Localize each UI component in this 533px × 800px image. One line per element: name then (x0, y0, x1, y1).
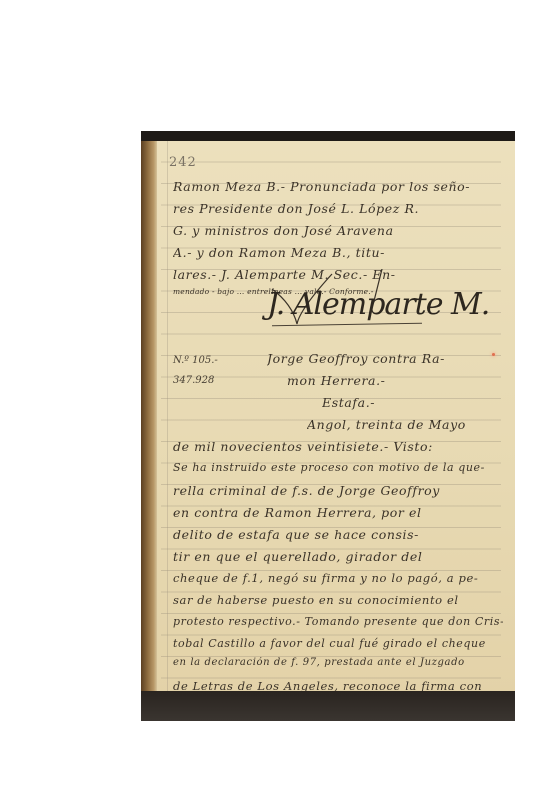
body-line: Angol, treinta de Mayo (307, 417, 503, 432)
top-entry-line: Ramon Meza B.- Pronunciada por los seño- (173, 179, 503, 194)
body-line: Se ha instruido este proceso con motivo … (173, 461, 503, 474)
ledger-photograph: 242 Ramon Meza B.- Pronunciada por los s… (141, 131, 515, 721)
book-bottom-edge (141, 691, 515, 721)
body-line: cheque de f.1, negó su firma y no lo pag… (173, 571, 503, 585)
page-number: 242 (169, 155, 197, 170)
body-line: tir en que el querellado, girador del (173, 549, 503, 564)
case-title-line: Estafa.- (322, 395, 503, 410)
body-line: en contra de Ramon Herrera, por el (173, 505, 503, 520)
top-entry-line: res Presidente don José L. López R. (173, 201, 503, 216)
top-entry-line: A.- y don Ramon Meza B., titu- (173, 245, 503, 260)
top-entry-line: G. y ministros don José Aravena (173, 223, 503, 238)
book-spine-edge (141, 141, 157, 701)
ledger-page: 242 Ramon Meza B.- Pronunciada por los s… (141, 141, 515, 701)
case-reference: 347.928 (173, 375, 214, 386)
case-title-line: Jorge Geoffroy contra Ra- (267, 351, 503, 366)
body-line: protesto respectivo.- Tomando presente q… (173, 615, 503, 628)
body-line: rella criminal de f.s. de Jorge Geoffroy (173, 483, 503, 498)
signature: J. Alemparte M. (267, 287, 489, 322)
light-reflection (492, 353, 495, 356)
body-line: sar de haberse puesto en su conocimiento… (173, 593, 503, 607)
case-title-line: mon Herrera.- (287, 373, 503, 388)
case-number: N.º 105.- (173, 355, 218, 366)
body-line: de mil novecientos veintisiete.- Visto: (173, 439, 503, 454)
body-line: tobal Castillo a favor del cual fué gira… (173, 637, 503, 650)
margin-line (167, 141, 168, 701)
paper-sheet: 242 Ramon Meza B.- Pronunciada por los s… (157, 141, 515, 701)
body-line: en la declaración de f. 97, prestada ant… (173, 657, 503, 668)
body-line: delito de estafa que se hace consis- (173, 527, 503, 542)
